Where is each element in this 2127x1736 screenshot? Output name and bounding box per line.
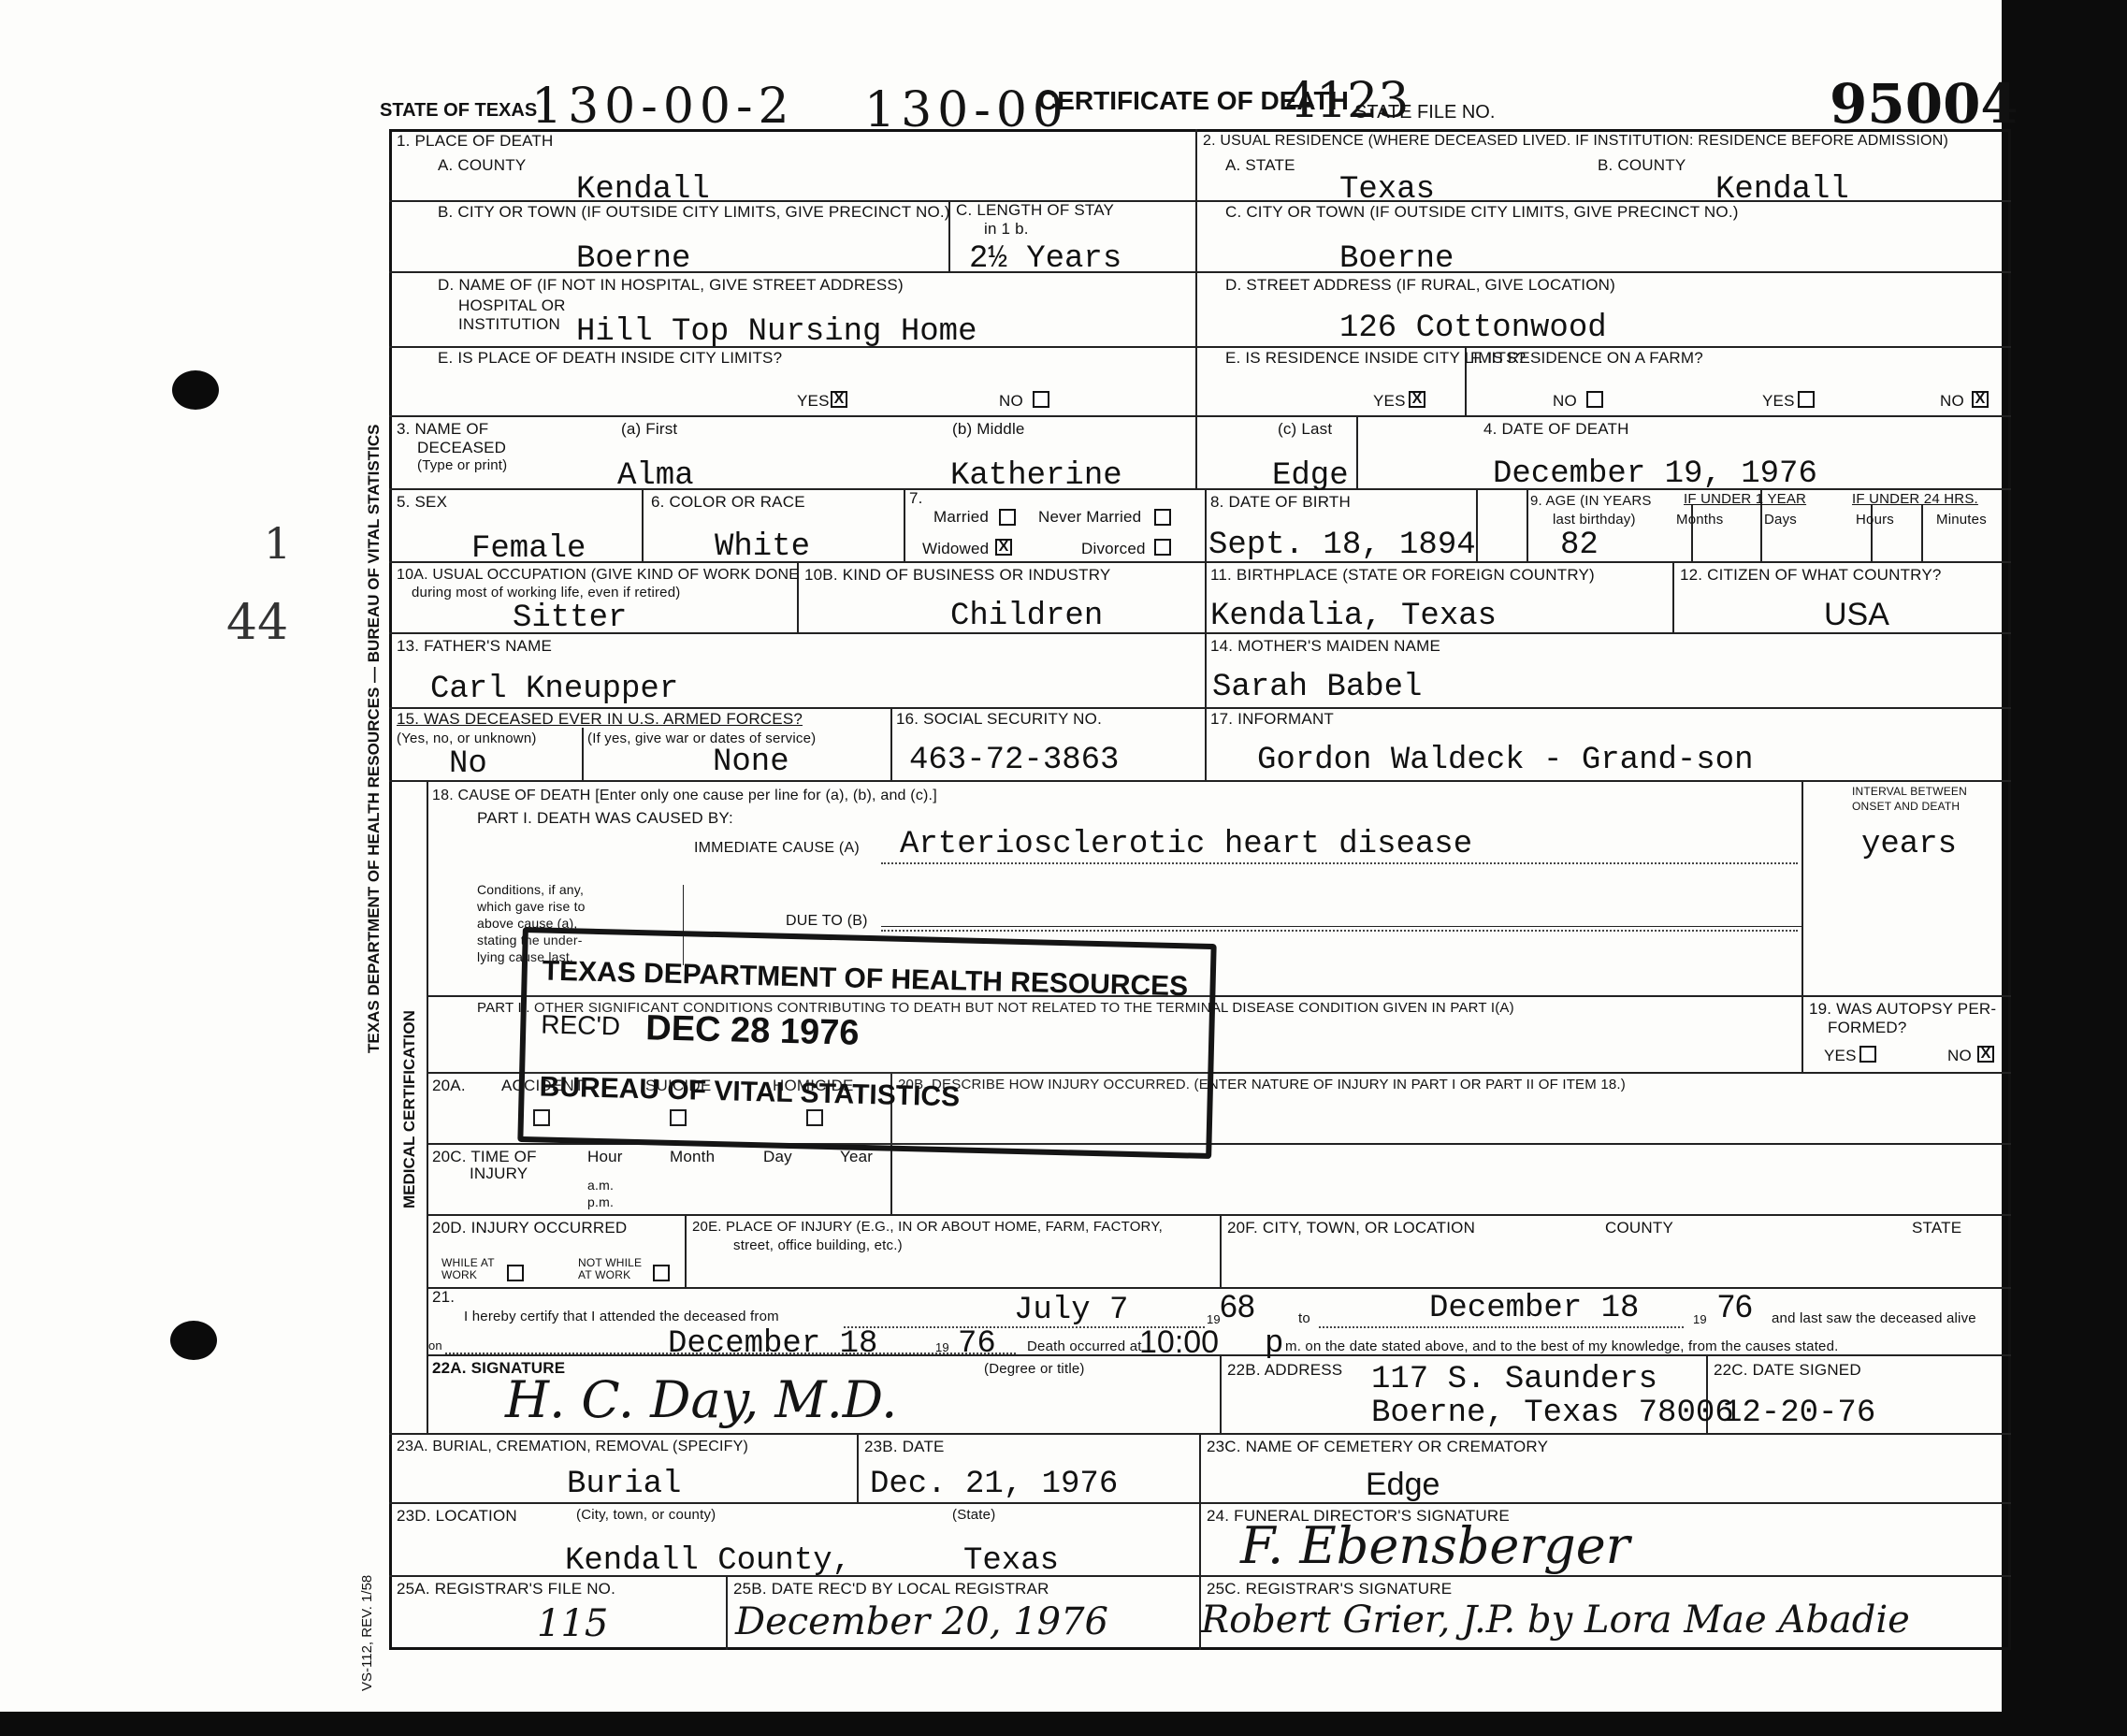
death-county-label: a. COUNTY: [438, 157, 526, 175]
sex-label: 5. SEX: [397, 494, 447, 512]
attended-from-year-field[interactable]: 68: [1220, 1291, 1255, 1323]
last-name-label: (c) Last: [1278, 421, 1332, 439]
not-while-at-work-checkbox[interactable]: [653, 1265, 670, 1281]
rule: [427, 780, 428, 1433]
death-certificate-page: 1 44 STATE OF TEXAS 130-00-2 130-00 CERT…: [0, 0, 2002, 1712]
interval-label-2: ONSET AND DEATH: [1852, 801, 1960, 813]
father-name-field[interactable]: Carl Kneupper: [430, 673, 678, 705]
rule: [685, 1214, 687, 1287]
rule: [582, 728, 584, 780]
place-of-injury-label-1: 20e. PLACE OF INJURY (e.g., in or about …: [692, 1220, 1163, 1236]
am-label: a.m.: [587, 1179, 614, 1193]
industry-label: 10b. KIND OF BUSINESS OR INDUSTRY: [804, 567, 1110, 585]
rule: [389, 707, 2011, 709]
informant-field[interactable]: Gordon Waldeck - Grand-son: [1257, 745, 1754, 776]
length-of-stay-label: c. LENGTH OF STAY: [956, 202, 1114, 220]
age-label-1: 9. AGE (In years: [1530, 494, 1652, 510]
month-label: Month: [670, 1149, 715, 1166]
institution-label-2: HOSPITAL OR: [458, 297, 566, 315]
physician-address-line-2[interactable]: Boerne, Texas 78006: [1371, 1397, 1734, 1429]
not-while-at-work-label: NOT WHILE AT WORK: [578, 1257, 647, 1281]
burial-location-label: 23d. LOCATION: [397, 1508, 517, 1526]
autopsy-yes-checkbox[interactable]: [1859, 1046, 1876, 1063]
autopsy-label-2: FORMED?: [1828, 1020, 1907, 1037]
registrar-file-no-label: 25a. REGISTRAR'S FILE NO.: [397, 1581, 615, 1599]
date-of-birth-field[interactable]: Sept. 18, 1894: [1208, 529, 1476, 561]
to-year-prefix: 19: [1693, 1313, 1707, 1326]
manner-label: 20a.: [432, 1078, 466, 1095]
day-label: Day: [763, 1149, 792, 1166]
autopsy-no-checkbox[interactable]: X: [1977, 1046, 1994, 1063]
certify-text-1: I hereby certify that I attended the dec…: [464, 1309, 779, 1325]
rule: [389, 561, 2011, 563]
widowed-label: Widowed: [922, 541, 989, 558]
ssn-label: 16. SOCIAL SECURITY NO.: [896, 711, 1102, 729]
armed-forces-field[interactable]: No: [449, 748, 487, 780]
under-1-year-label: IF UNDER 1 YEAR: [1684, 492, 1806, 508]
widowed-checkbox[interactable]: X: [995, 539, 1012, 556]
first-name-field[interactable]: Alma: [617, 460, 694, 492]
due-to-label: DUE TO (b): [786, 913, 868, 930]
residence-farm-label: f. IS RESIDENCE ON A FARM?: [1470, 350, 1703, 368]
autopsy-label-1: 19. WAS AUTOPSY PER-: [1809, 1001, 1996, 1019]
occupation-label-1: 10a. USUAL OCCUPATION (Give kind of work…: [397, 567, 799, 584]
rule: [1527, 488, 1528, 561]
interval-field[interactable]: years: [1861, 829, 1957, 861]
cemetery-field[interactable]: Edge: [1366, 1468, 1440, 1500]
residence-state-field[interactable]: Texas: [1339, 174, 1435, 206]
attended-to-year-field[interactable]: 76: [1717, 1291, 1753, 1323]
last-name-field[interactable]: Edge: [1272, 460, 1349, 492]
divorced-checkbox[interactable]: [1154, 539, 1171, 556]
rule: [1476, 488, 1478, 561]
received-stamp: TEXAS DEPARTMENT OF HEALTH RESOURCES REC…: [517, 927, 1216, 1159]
death-inside-city-yes-label: YES: [797, 393, 830, 411]
race-field[interactable]: White: [715, 531, 810, 563]
place-of-injury-label-2: street, office building, etc.): [733, 1238, 903, 1254]
residence-farm-no-label: NO: [1940, 393, 1964, 411]
rule: [1205, 488, 1207, 561]
middle-name-field[interactable]: Katherine: [950, 460, 1122, 492]
date-signed-field[interactable]: 12-20-76: [1723, 1397, 1875, 1429]
residence-inside-city-no-checkbox[interactable]: [1586, 391, 1603, 408]
stamp-line-3: BUREAU OF VITAL STATISTICS: [539, 1073, 960, 1111]
disposition-date-label: 23b. DATE: [864, 1439, 945, 1456]
disposition-method-field[interactable]: Burial: [567, 1468, 681, 1500]
residence-county-field[interactable]: Kendall: [1715, 174, 1849, 206]
last-seen-date-field[interactable]: December 18: [668, 1328, 877, 1360]
registrar-signature[interactable]: Robert Grier, J.P. by Lora Mae Abadie: [1201, 1601, 1910, 1639]
date-of-death-field[interactable]: December 19, 1976: [1493, 458, 1817, 490]
residence-farm-no-checkbox[interactable]: X: [1972, 391, 1989, 408]
minutes-label: Minutes: [1936, 513, 1987, 528]
to-label: to: [1298, 1311, 1310, 1327]
hour-label: Hour: [587, 1149, 623, 1166]
rule: [857, 1433, 859, 1502]
residence-state-label: a. STATE: [1225, 157, 1295, 175]
rule: [726, 1575, 728, 1650]
informant-label: 17. INFORMANT: [1210, 711, 1334, 729]
registrar-file-no[interactable]: 115: [537, 1605, 608, 1642]
injury-state-label: STATE: [1912, 1220, 1961, 1237]
institution-field[interactable]: Hill Top Nursing Home: [576, 316, 977, 348]
binder-hole-top: [172, 370, 219, 410]
age-label-2: last birthday): [1553, 513, 1636, 528]
industry-field[interactable]: Children: [950, 600, 1103, 632]
funeral-director-signature[interactable]: F. Ebensberger: [1240, 1521, 1630, 1571]
autopsy-no-label: NO: [1947, 1048, 1972, 1065]
rule: [389, 632, 2011, 634]
marital-status-label: 7.: [909, 490, 923, 508]
date-of-death-label: 4. DATE OF DEATH: [1483, 421, 1629, 439]
birthplace-field[interactable]: Kendalia, Texas: [1210, 600, 1497, 632]
never-married-label: Never Married: [1038, 509, 1141, 527]
residence-city-label: c. CITY OR TOWN (If outside city limits,…: [1225, 204, 1739, 222]
institution-label-1: d. NAME OF (If not in hospital, give str…: [438, 277, 904, 295]
date-of-birth-label: 8. DATE OF BIRTH: [1210, 494, 1351, 512]
father-name-label: 13. FATHER'S NAME: [397, 638, 552, 656]
residence-farm-yes-label: YES: [1762, 393, 1795, 411]
rule: [1801, 780, 1803, 1072]
rule: [1921, 505, 1923, 561]
rule: [904, 488, 905, 561]
disposition-method-label: 23a. BURIAL, CREMATION, REMOVAL (Specify…: [397, 1439, 748, 1455]
burial-location-city-field[interactable]: Kendall County,: [565, 1545, 851, 1577]
death-city-label: b. CITY OR TOWN (If outside city limits,…: [438, 204, 950, 222]
first-name-label: (a) First: [621, 421, 677, 439]
conditions-note-line-1: Conditions, if any,: [477, 883, 584, 897]
race-label: 6. COLOR OR RACE: [651, 494, 805, 512]
year-label: Year: [840, 1149, 873, 1166]
stamp-received-date: DEC 28 1976: [645, 1010, 860, 1051]
rule: [1672, 561, 1674, 632]
residence-inside-city-yes-checkbox[interactable]: X: [1409, 391, 1425, 408]
injury-occurred-label: 20d. INJURY OCCURRED: [432, 1220, 627, 1237]
rule: [1356, 415, 1358, 488]
immediate-cause-line: [881, 862, 1798, 864]
rule: [1220, 1214, 1222, 1287]
residence-county-label: b. COUNTY: [1598, 157, 1686, 175]
rule: [881, 926, 1801, 927]
residence-city-field[interactable]: Boerne: [1339, 243, 1454, 275]
residence-farm-yes-checkbox[interactable]: [1798, 391, 1815, 408]
department-side-label: TEXAS DEPARTMENT OF HEALTH RESOURCES — B…: [365, 425, 383, 1053]
state-file-number: 95004: [1830, 77, 2018, 131]
degree-label: (Degree or title): [984, 1362, 1085, 1378]
occupation-field[interactable]: Sitter: [513, 602, 627, 634]
last-seen-year-prefix: 19: [935, 1341, 949, 1354]
handwritten-code-1: 130-00-2: [531, 82, 795, 131]
deceased-name-label-2: DECEASED: [417, 440, 506, 457]
immediate-cause-field[interactable]: Arteriosclerotic heart disease: [900, 829, 1472, 861]
deceased-name-label-3: (Type or print): [417, 458, 507, 474]
margin-note-2: 44: [226, 599, 288, 647]
citizen-field[interactable]: USA: [1824, 599, 1889, 630]
state-of-texas-label: STATE OF TEXAS: [380, 101, 537, 120]
certification-label: 21.: [432, 1289, 455, 1307]
ssn-field[interactable]: 463-72-3863: [909, 745, 1119, 776]
rule: [427, 1287, 2011, 1289]
time-of-injury-label-1: 20c. TIME OF: [432, 1149, 537, 1166]
death-time-field[interactable]: 10:00: [1139, 1326, 1219, 1358]
part1-label: PART I. DEATH WAS CAUSED BY:: [477, 810, 733, 828]
birthplace-label: 11. BIRTHPLACE (State or foreign country…: [1210, 567, 1595, 585]
rule: [1205, 561, 1207, 780]
date-received-label: 25b. DATE REC'D BY LOCAL REGISTRAR: [733, 1581, 1049, 1599]
rule: [1195, 129, 1197, 488]
length-of-stay-sub-label: in 1 b.: [984, 221, 1029, 239]
injury-location-label: 20f. CITY, TOWN, OR LOCATION: [1227, 1220, 1475, 1237]
rule: [389, 415, 2011, 417]
date-received[interactable]: December 20, 1976: [735, 1603, 1108, 1641]
days-label: Days: [1764, 513, 1797, 528]
residence-street-label: d. STREET ADDRESS (If rural, give locati…: [1225, 277, 1615, 295]
burial-location-state-label: (State): [952, 1508, 995, 1524]
divorced-label: Divorced: [1081, 541, 1146, 558]
institution-label-3: INSTITUTION: [458, 316, 560, 334]
date-signed-label: 22c. DATE SIGNED: [1714, 1362, 1861, 1380]
place-of-death-label: 1. PLACE OF DEATH: [397, 133, 553, 151]
due-to-line: [881, 930, 1798, 932]
cause-of-death-label: 18. CAUSE OF DEATH [Enter only one cause…: [432, 788, 937, 804]
armed-forces-sub-label-1: (Yes, no, or unknown): [397, 731, 537, 747]
rule: [1220, 1354, 1222, 1433]
residence-inside-city-yes-label: YES: [1373, 393, 1406, 411]
injury-county-label: COUNTY: [1605, 1220, 1673, 1237]
residence-inside-city-no-label: NO: [1553, 393, 1577, 411]
rule: [389, 780, 2011, 782]
length-of-stay-field[interactable]: 2½ Years: [969, 243, 1121, 275]
to-date-line: [1319, 1326, 1684, 1328]
stamp-received-label: REC'D: [541, 1011, 620, 1039]
citizen-label: 12. CITIZEN OF WHAT COUNTRY?: [1680, 567, 1942, 585]
death-inside-city-no-checkbox[interactable]: [1033, 391, 1049, 408]
certify-text-2: and last saw the deceased alive: [1772, 1311, 1976, 1327]
autopsy-yes-label: YES: [1824, 1048, 1857, 1065]
cemetery-label: 23c. NAME OF CEMETERY OR CREMATORY: [1207, 1439, 1548, 1456]
registrar-signature-label: 25c. REGISTRAR'S SIGNATURE: [1207, 1581, 1452, 1599]
conditions-note-line-2: which gave rise to: [477, 900, 586, 914]
physician-address-line-1[interactable]: 117 S. Saunders: [1371, 1364, 1657, 1396]
months-label: Months: [1676, 513, 1723, 528]
attended-to-date-field[interactable]: December 18: [1429, 1293, 1639, 1324]
rule: [642, 488, 644, 561]
state-file-label: STATE FILE NO.: [1354, 103, 1495, 122]
attended-from-date-field[interactable]: July 7: [1014, 1295, 1128, 1326]
certify-text-3: m. on the date stated above, and to the …: [1285, 1339, 1839, 1355]
married-checkbox[interactable]: [999, 509, 1016, 526]
residence-street-field[interactable]: 126 Cottonwood: [1339, 312, 1607, 344]
rule: [1691, 505, 1693, 561]
under-24-hrs-label: IF UNDER 24 HRS.: [1852, 492, 1978, 508]
last-seen-year-field[interactable]: 76: [958, 1328, 996, 1360]
burial-location-city-label: (City, town, or county): [576, 1508, 716, 1524]
disposition-date-field[interactable]: Dec. 21, 1976: [870, 1468, 1118, 1500]
on-label: on: [428, 1339, 442, 1353]
margin-note-1: 1: [264, 522, 291, 565]
age-field[interactable]: 82: [1560, 529, 1599, 561]
death-inside-city-yes-checkbox[interactable]: X: [831, 391, 847, 408]
armed-forces-label: 15. WAS DECEASED EVER IN U.S. ARMED FORC…: [397, 711, 803, 729]
immediate-cause-label: IMMEDIATE CAUSE (a): [694, 840, 860, 857]
pm-label: p.m.: [587, 1195, 614, 1209]
death-occurred-label: Death occurred at: [1027, 1339, 1142, 1355]
while-at-work-label: WHILE AT WORK: [441, 1257, 498, 1281]
death-city-field[interactable]: Boerne: [576, 243, 690, 275]
death-ampm-field[interactable]: p: [1265, 1328, 1283, 1360]
middle-name-label: (b) Middle: [952, 421, 1025, 439]
rule: [427, 1214, 2011, 1216]
never-married-checkbox[interactable]: [1154, 509, 1171, 526]
form-revision-label: VS-112, REV. 1/58: [359, 1575, 375, 1691]
death-inside-city-label: e. IS PLACE OF DEATH INSIDE CITY LIMITS?: [438, 350, 782, 368]
usual-residence-label: 2. USUAL RESIDENCE (Where deceased lived…: [1203, 133, 1948, 150]
death-inside-city-no-label: NO: [999, 393, 1023, 411]
interval-label-1: INTERVAL BETWEEN: [1852, 786, 1967, 798]
hours-label: Hours: [1856, 513, 1894, 528]
physician-signature[interactable]: H. C. Day, M.D.: [505, 1375, 897, 1425]
while-at-work-checkbox[interactable]: [507, 1265, 524, 1281]
mother-maiden-name-label: 14. MOTHER'S MAIDEN NAME: [1210, 638, 1440, 656]
death-county-field[interactable]: Kendall: [576, 174, 710, 206]
rule: [890, 707, 892, 780]
mother-maiden-name-field[interactable]: Sarah Babel: [1212, 672, 1422, 703]
stamp-line-1: TEXAS DEPARTMENT OF HEALTH RESOURCES: [542, 957, 1188, 1001]
physician-address-label: 22b. ADDRESS: [1227, 1362, 1342, 1380]
burial-location-state-field[interactable]: Texas: [963, 1545, 1059, 1577]
occupation-label-2: during most of working life, even if ret…: [412, 586, 680, 601]
sex-field[interactable]: Female: [471, 533, 586, 565]
service-field[interactable]: None: [713, 746, 789, 778]
binder-hole-bottom: [170, 1321, 217, 1360]
time-of-injury-label-2: INJURY: [470, 1165, 528, 1183]
married-label: Married: [933, 509, 989, 527]
deceased-name-label-1: 3. NAME OF: [397, 421, 488, 439]
